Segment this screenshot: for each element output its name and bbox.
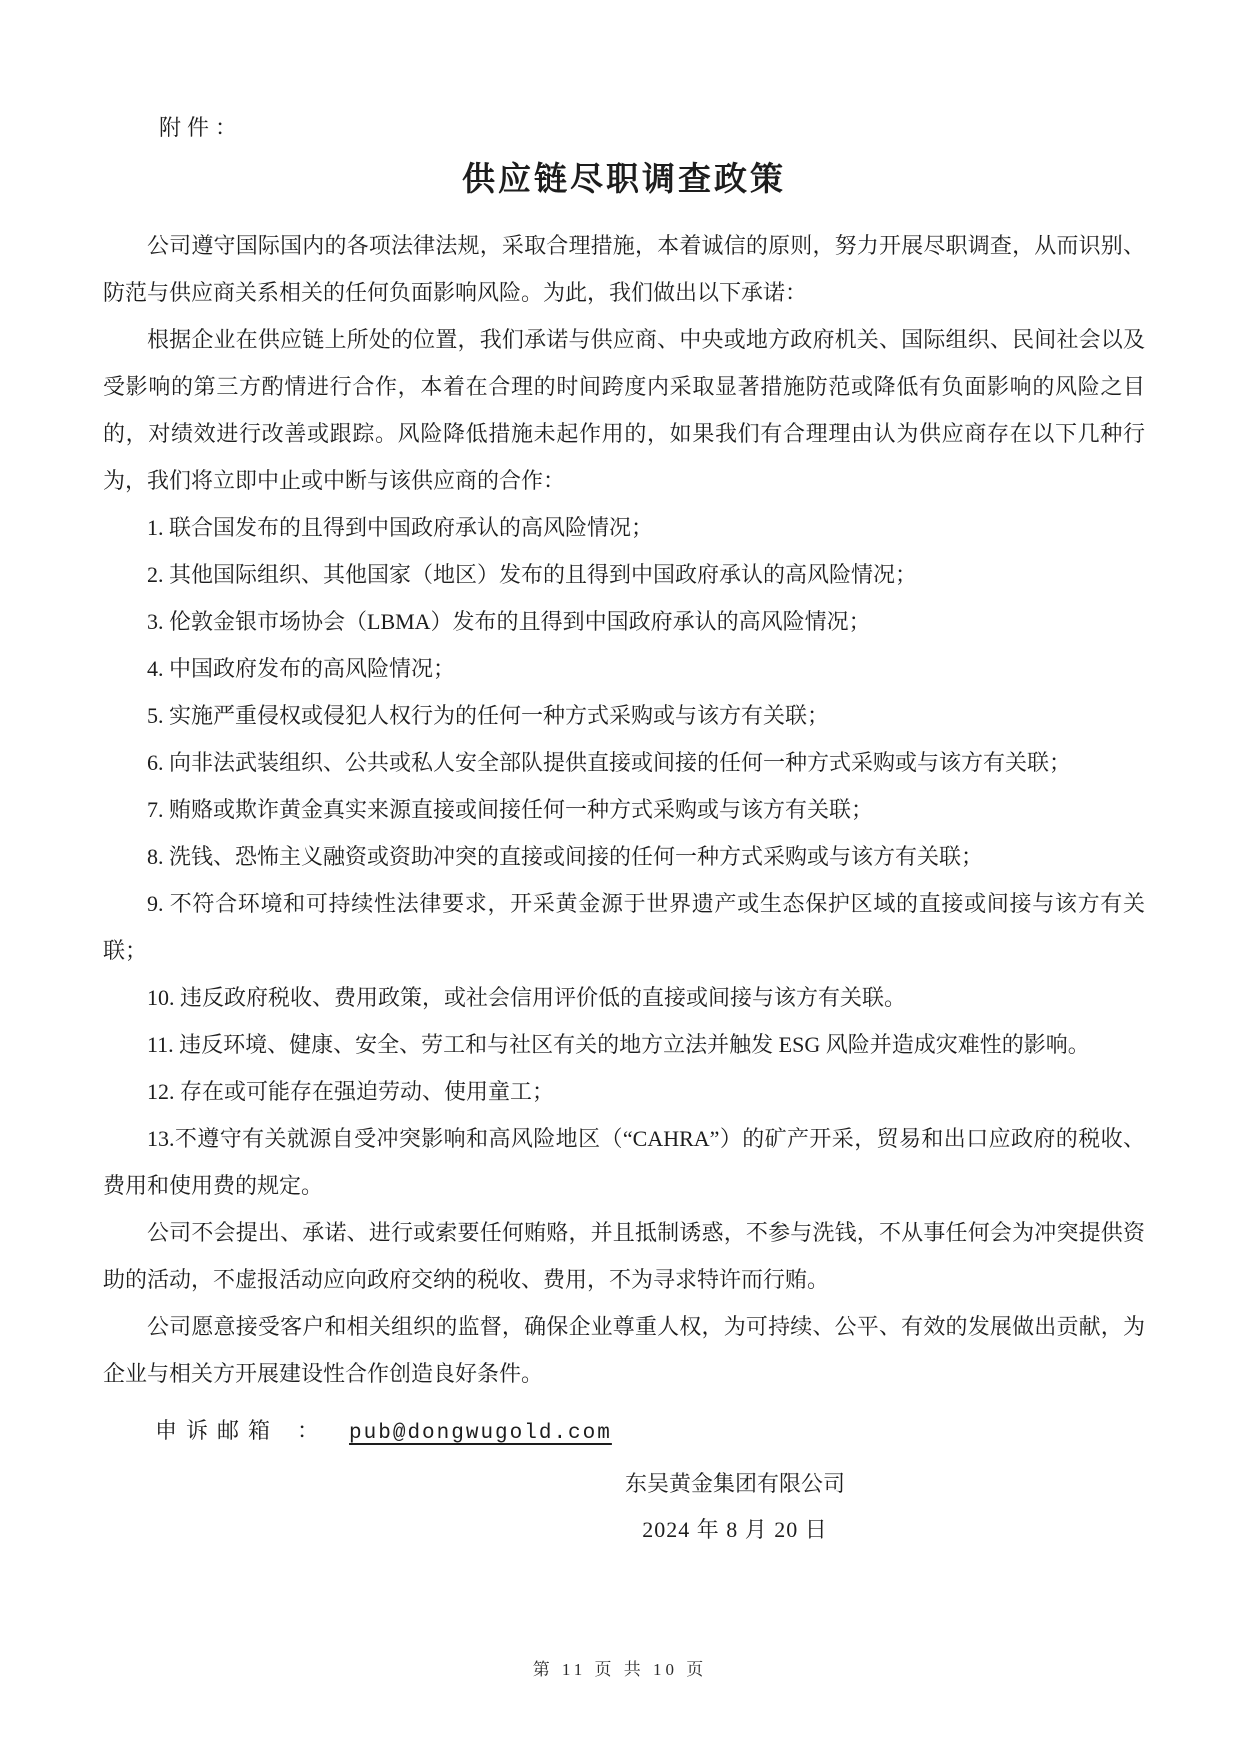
list-item-5: 5. 实施严重侵权或侵犯人权行为的任何一种方式采购或与该方有关联； xyxy=(103,692,1145,739)
appeal-email-link[interactable]: pub@dongwugold.com xyxy=(349,1422,612,1445)
appeal-email-label: 申诉邮箱 xyxy=(155,1418,279,1443)
list-item-9: 9. 不符合环境和可持续性法律要求，开采黄金源于世界遗产或生态保护区域的直接或间… xyxy=(103,880,1145,974)
list-item-13: 13.不遵守有关就源自受冲突影响和高风险地区（“CAHRA”）的矿产开采，贸易和… xyxy=(103,1115,1145,1209)
list-item-3: 3. 伦敦金银市场协会（LBMA）发布的且得到中国政府承认的高风险情况； xyxy=(103,598,1145,645)
page-title: 供应链尽职调查政策 xyxy=(103,156,1145,204)
list-item-10: 10. 违反政府税收、费用政策，或社会信用评价低的直接或间接与该方有关联。 xyxy=(103,974,1145,1021)
document-page: 附件： 供应链尽职调查政策 公司遵守国际国内的各项法律法规，采取合理措施，本着诚… xyxy=(0,0,1240,1754)
company-name: 东吴黄金集团有限公司 xyxy=(625,1461,845,1507)
list-item-6: 6. 向非法武装组织、公共或私人安全部队提供直接或间接的任何一种方式采购或与该方… xyxy=(103,739,1145,786)
list-item-12: 12. 存在或可能存在强迫劳动、使用童工； xyxy=(103,1068,1145,1115)
list-item-8: 8. 洗钱、恐怖主义融资或资助冲突的直接或间接的任何一种方式采购或与该方有关联； xyxy=(103,833,1145,880)
paragraph-anti-bribery: 公司不会提出、承诺、进行或索要任何贿赂，并且抵制诱惑，不参与洗钱，不从事任何会为… xyxy=(103,1209,1145,1303)
list-item-1: 1. 联合国发布的且得到中国政府承认的高风险情况； xyxy=(103,504,1145,551)
signature-date: 2024 年 8 月 20 日 xyxy=(625,1507,845,1553)
appeal-email-colon: ： xyxy=(297,1418,319,1443)
list-item-7: 7. 贿赂或欺诈黄金真实来源直接或间接任何一种方式采购或与该方有关联； xyxy=(103,786,1145,833)
list-item-4: 4. 中国政府发布的高风险情况； xyxy=(103,645,1145,692)
page-number-footer: 第 11 页 共 10 页 xyxy=(0,1655,1240,1680)
attachment-label: 附件： xyxy=(103,112,1145,144)
document-content: 附件： 供应链尽职调查政策 公司遵守国际国内的各项法律法规，采取合理措施，本着诚… xyxy=(103,112,1145,1553)
signature-block: 东吴黄金集团有限公司 2024 年 8 月 20 日 xyxy=(625,1461,845,1553)
list-item-11: 11. 违反环境、健康、安全、劳工和与社区有关的地方立法并触发 ESG 风险并造… xyxy=(103,1021,1145,1068)
paragraph-commitment: 根据企业在供应链上所处的位置，我们承诺与供应商、中央或地方政府机关、国际组织、民… xyxy=(103,316,1145,504)
list-item-2: 2. 其他国际组织、其他国家（地区）发布的且得到中国政府承认的高风险情况； xyxy=(103,551,1145,598)
paragraph-supervision: 公司愿意接受客户和相关组织的监督，确保企业尊重人权，为可持续、公平、有效的发展做… xyxy=(103,1303,1145,1397)
paragraph-intro: 公司遵守国际国内的各项法律法规，采取合理措施，本着诚信的原则，努力开展尽职调查，… xyxy=(103,222,1145,316)
appeal-email-row: 申诉邮箱：pub@dongwugold.com xyxy=(103,1407,1145,1457)
